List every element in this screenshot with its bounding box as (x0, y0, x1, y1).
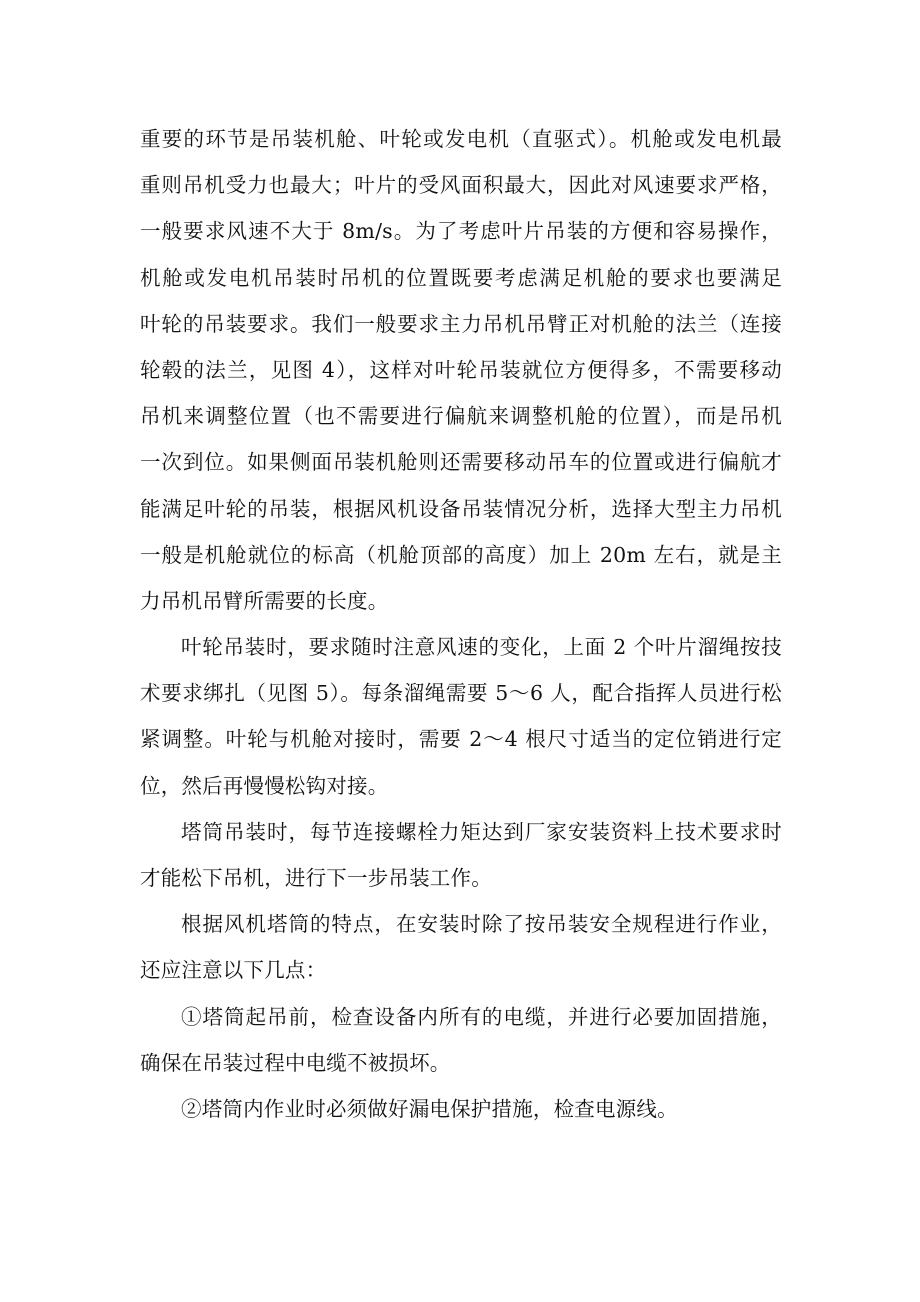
text-line: 力吊机吊臂所需要的长度。 (140, 578, 782, 624)
text-line: 一次到位。如果侧面吊装机舱则还需要移动吊车的位置或进行偏航才 (140, 439, 782, 485)
document-page: 重要的环节是吊装机舱、叶轮或发电机（直驱式）。机舱或发电机最 重则吊机受力也最大… (140, 116, 782, 1132)
text-line: 塔筒吊装时，每节连接螺栓力矩达到厂家安装资料上技术要求时 (140, 809, 782, 855)
text-line: 叶轮的吊装要求。我们一般要求主力吊机吊臂正对机舱的法兰（连接 (140, 301, 782, 347)
text-line: 确保在吊装过程中电缆不被损坏。 (140, 1040, 782, 1086)
text-line: 才能松下吊机，进行下一步吊装工作。 (140, 855, 782, 901)
text-line: 一般要求风速不大于 8m/s。为了考虑叶片吊装的方便和容易操作， (140, 208, 782, 254)
text-line: 叶轮吊装时，要求随时注意风速的变化，上面 2 个叶片溜绳按技 (140, 624, 782, 670)
text-line: 术要求绑扎（见图 5）。每条溜绳需要 5～6 人，配合指挥人员进行松 (140, 670, 782, 716)
text-line: 根据风机塔筒的特点，在安装时除了按吊装安全规程进行作业， (140, 901, 782, 947)
text-line: ②塔筒内作业时必须做好漏电保护措施，检查电源线。 (140, 1086, 782, 1132)
paragraph-crane-position: 重要的环节是吊装机舱、叶轮或发电机（直驱式）。机舱或发电机最 重则吊机受力也最大… (140, 116, 782, 624)
text-line: 一般是机舱就位的标高（机舱顶部的高度）加上 20m 左右，就是主 (140, 532, 782, 578)
text-line: 重则吊机受力也最大；叶片的受风面积最大，因此对风速要求严格， (140, 162, 782, 208)
text-line: 重要的环节是吊装机舱、叶轮或发电机（直驱式）。机舱或发电机最 (140, 116, 782, 162)
text-line: 位，然后再慢慢松钩对接。 (140, 763, 782, 809)
text-line: ①塔筒起吊前，检查设备内所有的电缆，并进行必要加固措施， (140, 994, 782, 1040)
text-line: 轮毂的法兰，见图 4），这样对叶轮吊装就位方便得多，不需要移动 (140, 347, 782, 393)
paragraph-tower-features: 根据风机塔筒的特点，在安装时除了按吊装安全规程进行作业， 还应注意以下几点： (140, 901, 782, 993)
paragraph-rotor-lifting: 叶轮吊装时，要求随时注意风速的变化，上面 2 个叶片溜绳按技 术要求绑扎（见图 … (140, 624, 782, 809)
paragraph-tower-lifting: 塔筒吊装时，每节连接螺栓力矩达到厂家安装资料上技术要求时 才能松下吊机，进行下一… (140, 809, 782, 901)
list-item-1: ①塔筒起吊前，检查设备内所有的电缆，并进行必要加固措施， 确保在吊装过程中电缆不… (140, 994, 782, 1086)
text-line: 还应注意以下几点： (140, 947, 782, 993)
text-line: 紧调整。叶轮与机舱对接时，需要 2～4 根尺寸适当的定位销进行定 (140, 716, 782, 762)
list-item-2: ②塔筒内作业时必须做好漏电保护措施，检查电源线。 (140, 1086, 782, 1132)
text-line: 吊机来调整位置（也不需要进行偏航来调整机舱的位置），而是吊机 (140, 393, 782, 439)
text-line: 机舱或发电机吊装时吊机的位置既要考虑满足机舱的要求也要满足 (140, 255, 782, 301)
text-line: 能满足叶轮的吊装，根据风机设备吊装情况分析，选择大型主力吊机 (140, 486, 782, 532)
